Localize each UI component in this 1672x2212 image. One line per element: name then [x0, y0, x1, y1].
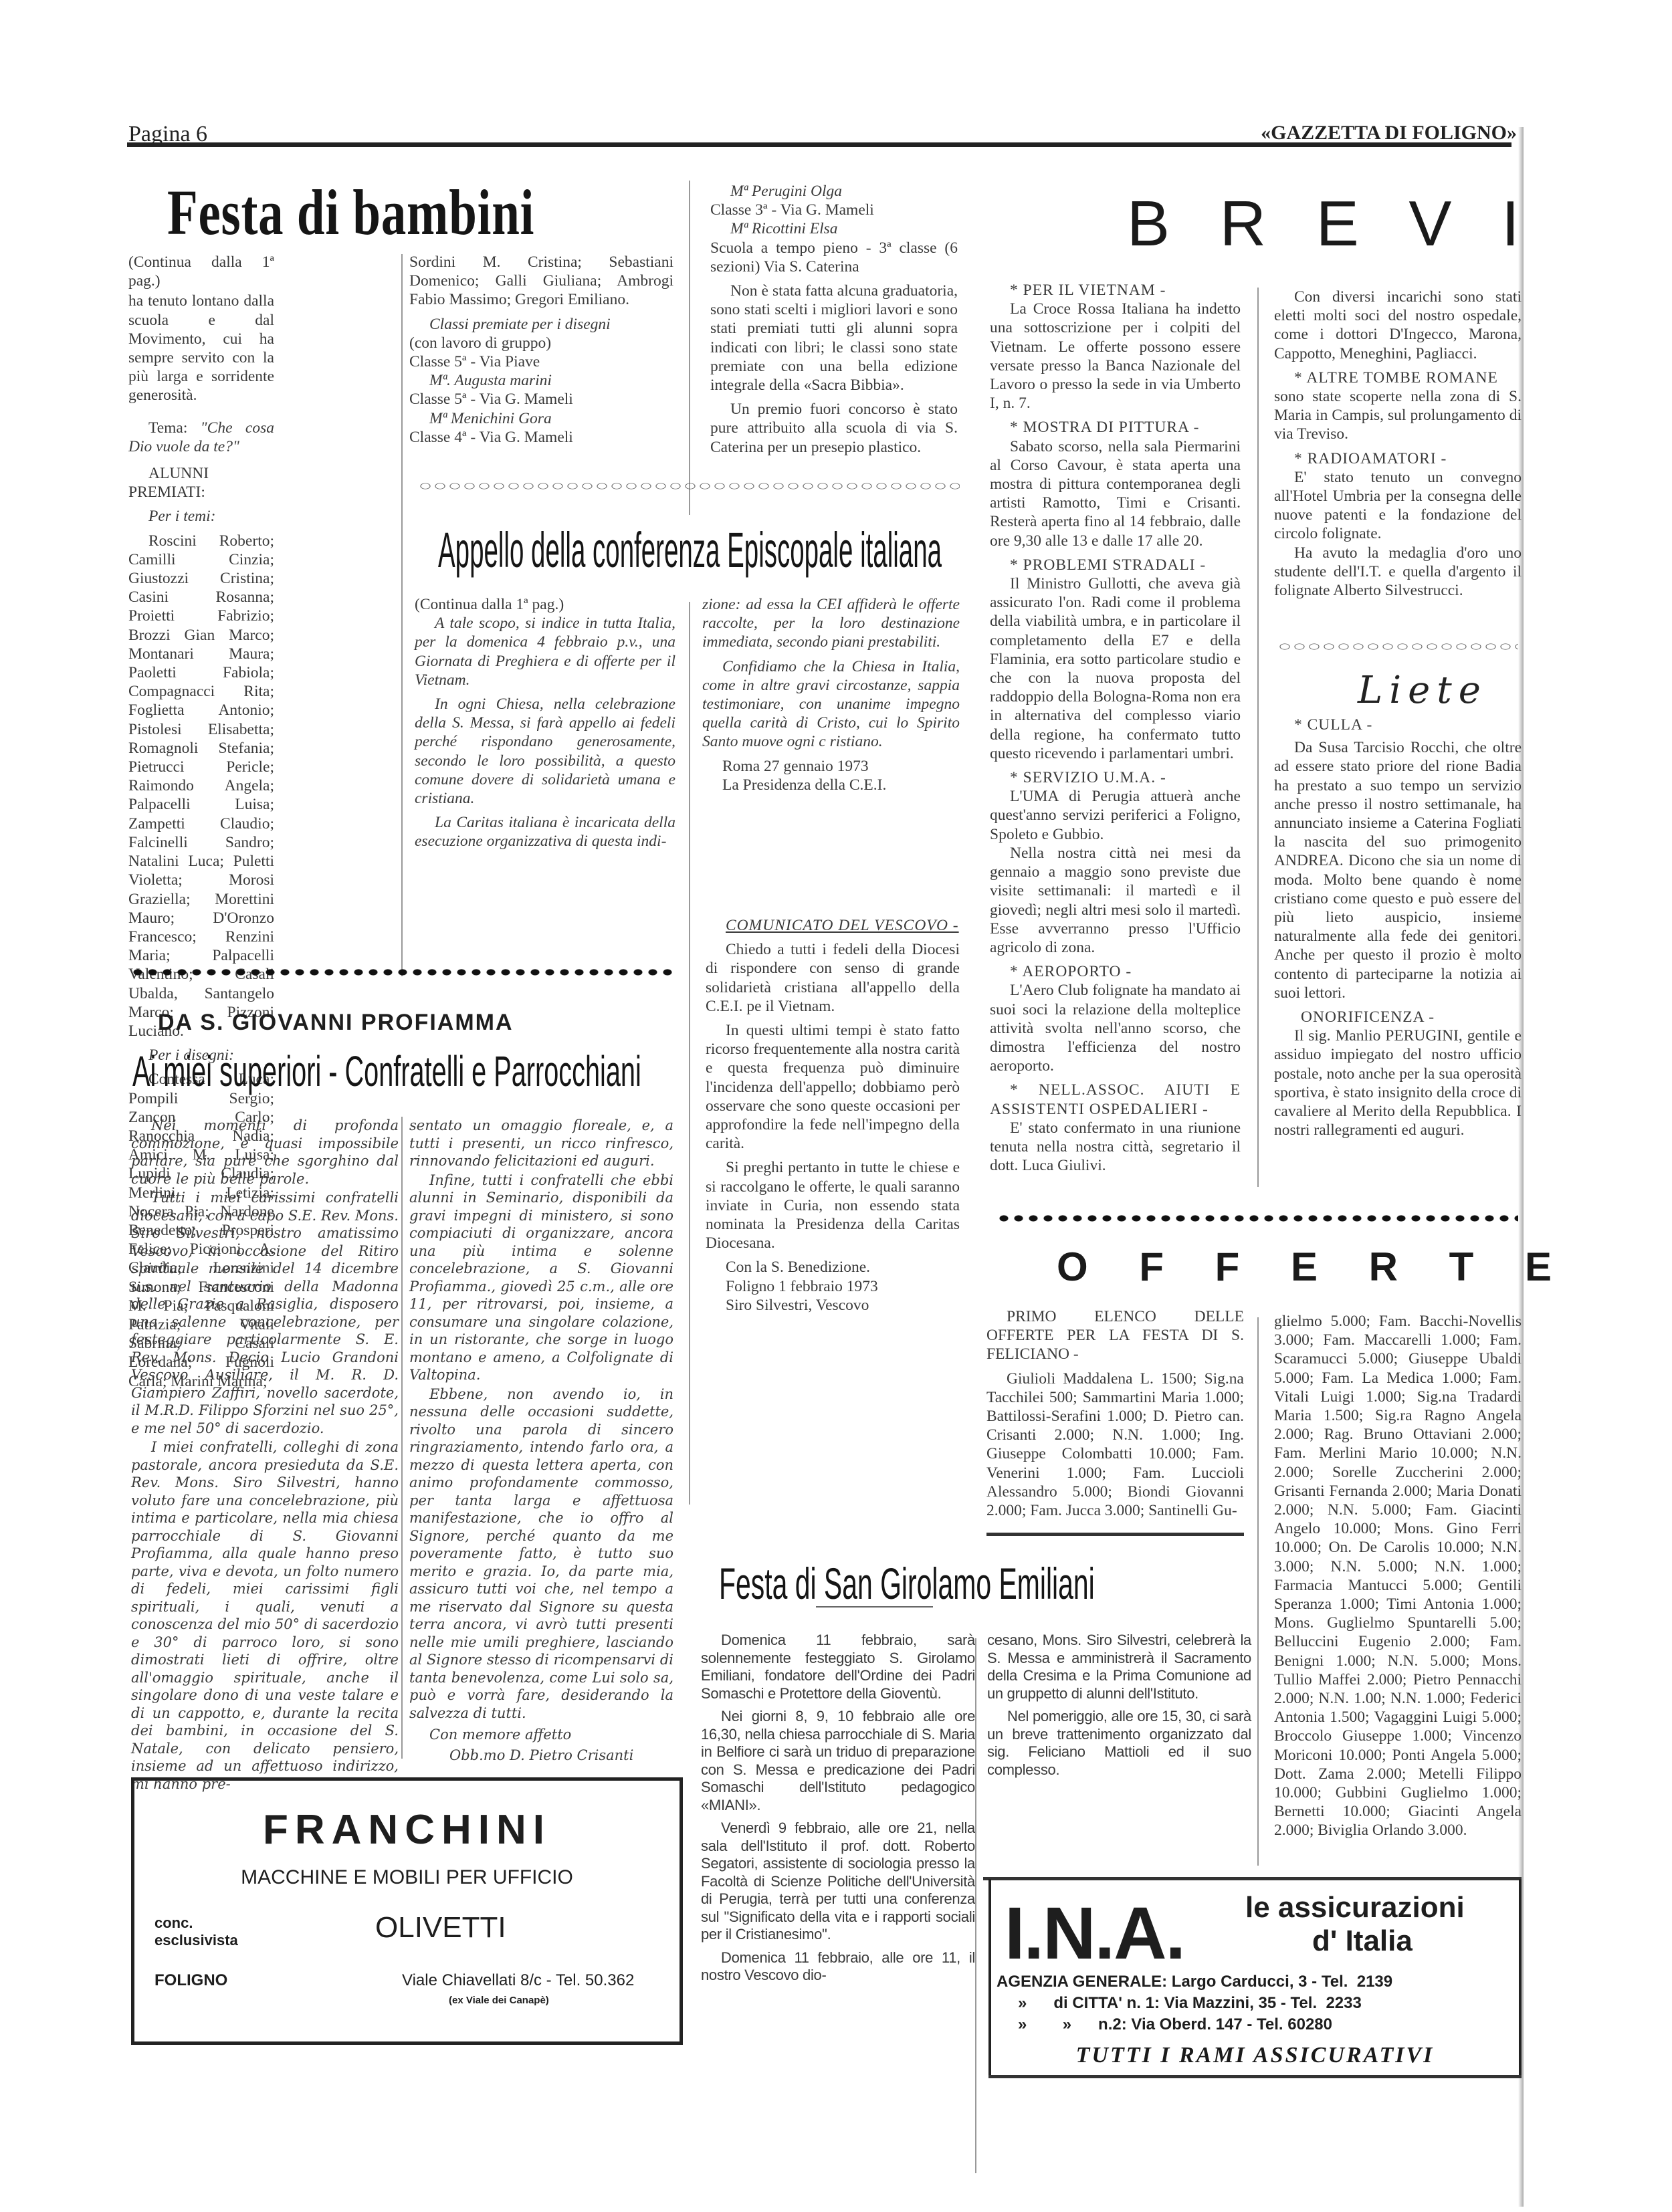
signature: Obb.mo D. Pietro Crisanti	[409, 1747, 673, 1765]
liete-items: * CULLA - Da Susa Tarcisio Rocchi, che o…	[1274, 715, 1522, 1145]
franchini-brand: OLIVETTI	[375, 1911, 506, 1945]
classi-heading: Classi premiate per i disegni	[409, 315, 673, 334]
column-rule	[401, 1117, 403, 1759]
ina-logo: I.N.A.	[1005, 1891, 1184, 1976]
brevi-text: Il Ministro Gullotti, che aveva già assi…	[990, 574, 1241, 763]
liete-text: Il sig. Manlio PERUGINI, gentile e assid…	[1274, 1026, 1522, 1139]
liete-text: Da Susa Tarcisio Rocchi, che oltre ad es…	[1274, 738, 1522, 1002]
signature: La Presidenza della C.E.I.	[702, 776, 960, 794]
ina-line-2: » di CITTA' n. 1: Via Mazzini, 35 - Tel.…	[1018, 1994, 1362, 2013]
class-entry: Classe 4ª - Via G. Mameli	[409, 428, 673, 447]
paragraph: Domenica 11 febbraio, sarà solennemente …	[701, 1632, 975, 1702]
ad-bottom-rule	[988, 2075, 1522, 2078]
section-rule	[986, 1533, 1244, 1536]
paragraph: La Caritas italiana è incaricata della e…	[415, 813, 675, 851]
paragraph: Confidiamo che la Chiesa in Italia, come…	[702, 657, 960, 752]
profiamma-col1: Nei momenti di profonda commozione, è qu…	[131, 1117, 399, 1798]
franchini-address-note: (ex Viale dei Canapè)	[449, 1995, 549, 2006]
chain-divider	[418, 481, 960, 491]
closing: Con la S. Benedizione.	[706, 1258, 960, 1277]
brevi-text: L'Aero Club folignate ha mandato ai suoi…	[990, 981, 1241, 1075]
chain-divider	[1277, 642, 1518, 651]
ina-slogan-2: d' Italia	[1312, 1924, 1413, 1958]
brevi-heading: * AEROPORTO -	[990, 962, 1241, 981]
brevi-heading: * PROBLEMI STRADALI -	[990, 556, 1241, 574]
offerte-list: glielmo 5.000; Fam. Bacchi-Novellis 3.00…	[1274, 1312, 1522, 1840]
teacher-entry: Mª Perugini Olga	[710, 182, 958, 201]
girolamo-col2: cesano, Mons. Siro Silvestri, celebrerà …	[987, 1632, 1251, 1784]
brevi-text: sono state scoperte nella zona di S. Mar…	[1274, 387, 1522, 444]
classi-sub: (con lavoro di gruppo)	[409, 334, 673, 352]
comunicato: COMUNICATO DEL VESCOVO - Chiedo a tutti …	[706, 916, 960, 1320]
ina-slogan-1: le assicurazioni	[1245, 1891, 1465, 1924]
column-rule	[1257, 288, 1259, 1187]
paragraph: Venerdì 9 febbraio, alle ore 21, nella s…	[701, 1819, 975, 1944]
brevi-text: L'UMA di Perugia attuerà anche quest'ann…	[990, 787, 1241, 844]
tema-label: Tema:	[148, 419, 187, 437]
temi-names: Roscini Roberto; Camilli Cinzia; Giustoz…	[128, 532, 274, 1040]
paragraph: Domenica 11 febbraio, alle ore 11, il no…	[701, 1949, 975, 1985]
brevi-text: La Croce Rossa Italiana ha indetto una s…	[990, 300, 1241, 413]
brevi-heading: * RADIOAMATORI -	[1274, 449, 1522, 468]
offerte-col1: PRIMO ELENCO DELLE OFFERTE PER LA FESTA …	[986, 1307, 1244, 1525]
class-entry: Classe 5ª - Via Piave	[409, 352, 673, 371]
offerte-heading: PRIMO ELENCO DELLE OFFERTE PER LA FESTA …	[986, 1307, 1244, 1364]
franchini-city: FOLIGNO	[154, 1971, 227, 1990]
profiamma-col2: sentato un omaggio floreale, e, a tutti …	[409, 1117, 673, 1769]
column-rule	[401, 254, 403, 976]
offerte-list: Giulioli Maddalena L. 1500; Sig.na Tacch…	[986, 1369, 1244, 1521]
festa-bambini-col2: Sordini M. Cristina; Sebastiani Domenico…	[409, 253, 673, 452]
brevi-heading: * ALTRE TOMBE ROMANE	[1274, 368, 1522, 387]
column-rule	[689, 602, 690, 1505]
teacher-entry: Mª Ricottini Elsa	[710, 219, 958, 238]
brevi-heading: * SERVIZIO U.M.A. -	[990, 768, 1241, 787]
continua-note: (Continua dalla 1ª pag.)	[128, 253, 274, 290]
brevi-text: E' stato confermato in una riunione tenu…	[990, 1119, 1241, 1176]
alunni-heading: ALUNNI PREMIATI:	[128, 464, 274, 502]
brevi-text: E' stato tenuto un convegno all'Hotel Um…	[1274, 468, 1522, 544]
offerte-col2: glielmo 5.000; Fam. Bacchi-Novellis 3.00…	[1274, 1312, 1522, 1846]
column-rule	[689, 181, 690, 515]
appello-col1: (Continua dalla 1ª pag.) A tale scopo, s…	[415, 595, 675, 857]
festa-bambini-col3: Mª Perugini Olga Classe 3ª - Via G. Mame…	[710, 182, 958, 462]
brevi-title: B R E V I	[1127, 187, 1536, 261]
brevi-heading: * NELL.ASSOC. AIUTI E ASSISTENTI OSPEDAL…	[990, 1081, 1241, 1118]
paragraph: sentato un omaggio floreale, e, a tutti …	[409, 1117, 673, 1170]
franchini-conc: conc.	[154, 1914, 193, 1932]
franchini-name: FRANCHINI	[134, 1806, 680, 1854]
paragraph: A tale scopo, si indice in tutta Italia,…	[415, 614, 675, 689]
paragraph: zione: ad essa la CEI affiderà le offert…	[702, 595, 960, 652]
girolamo-col1: Domenica 11 febbraio, sarà solennemente …	[701, 1632, 975, 1990]
paragraph: Nei giorni 8, 9, 10 febbraio alle ore 16…	[701, 1708, 975, 1814]
paragraph: Nei momenti di profonda commozione, è qu…	[131, 1117, 399, 1188]
franchini-esclusivista: esclusivista	[154, 1932, 238, 1949]
ina-line-3: » » n.2: Via Oberd. 147 - Tel. 60280	[1018, 2015, 1332, 2034]
continua-note: (Continua dalla 1ª pag.)	[415, 595, 675, 614]
profiamma-kicker: DA S. GIOVANNI PROFIAMMA	[158, 1010, 514, 1036]
franchini-ad: FRANCHINI MACCHINE E MOBILI PER UFFICIO …	[131, 1777, 683, 2045]
closing: Con memore affetto	[409, 1726, 673, 1744]
header-rule	[127, 142, 1511, 147]
offerte-title: O F F E R T E	[1057, 1244, 1572, 1290]
brevi-heading: * PER IL VIETNAM -	[990, 281, 1241, 300]
paragraph: Nel pomeriggio, alle ore 15, 30, ci sarà…	[987, 1708, 1251, 1779]
liete-title: Liete	[1358, 669, 1487, 712]
ina-footer: TUTTI I RAMI ASSICURATIVI	[1005, 2043, 1505, 2068]
dateline: Roma 27 gennaio 1973	[702, 757, 960, 776]
teacher-entry: Mª. Augusta marini	[409, 371, 673, 390]
per-temi-label: Per i temi:	[128, 507, 274, 526]
profiamma-title: Ai miei superiori - Confratelli e Parroc…	[132, 1046, 641, 1096]
column-rule	[975, 1638, 976, 2173]
franchini-tagline: MACCHINE E MOBILI PER UFFICIO	[134, 1866, 680, 1889]
class-entry: Classe 3ª - Via G. Mameli	[710, 201, 958, 219]
intro-text: ha tenuto lontano dalla scuola e dal Mov…	[128, 292, 274, 405]
brevi-text: Con diversi incarichi sono stati eletti …	[1274, 288, 1522, 363]
comunicato-title: COMUNICATO DEL VESCOVO -	[706, 916, 960, 935]
dots-divider	[997, 1214, 1518, 1223]
brevi-col1: * PER IL VIETNAM - La Croce Rossa Italia…	[990, 281, 1241, 1180]
class-entry: Classe 5ª - Via G. Mameli	[409, 390, 673, 409]
franchini-address: Viale Chiavellati 8/c - Tel. 50.362	[402, 1971, 634, 1990]
ina-ad: I.N.A. le assicurazioni d' Italia AGENZI…	[988, 1879, 1522, 2076]
paragraph: Un premio fuori concorso è stato pure at…	[710, 400, 958, 457]
school-entry: Scuola a tempo pieno - 3ª classe (6 sezi…	[710, 239, 958, 276]
brevi-text: Ha avuto la medaglia d'oro uno studente …	[1274, 544, 1522, 600]
brevi-heading: * MOSTRA DI PITTURA -	[990, 418, 1241, 437]
signature: Siro Silvestri, Vescovo	[706, 1296, 960, 1315]
appello-col2: zione: ad essa la CEI affiderà le offert…	[702, 595, 960, 800]
dots-divider	[130, 968, 672, 977]
column-rule	[1257, 1317, 1259, 1866]
brevi-col2: Con diversi incarichi sono stati eletti …	[1274, 288, 1522, 605]
paragraph: Si preghi pertanto in tutte le chiese e …	[706, 1158, 960, 1252]
paragraph: Tutti i miei carissimi confratelli dioce…	[131, 1189, 399, 1437]
ina-line-1: AGENZIA GENERALE: Largo Carducci, 3 - Te…	[997, 1973, 1392, 1991]
teacher-entry: Mª Menichini Gora	[409, 409, 673, 428]
place-date: Foligno 1 febbraio 1973	[706, 1277, 960, 1296]
liete-heading: ONORIFICENZA -	[1274, 1008, 1522, 1026]
paragraph: Infine, tutti i confratelli che ebbi alu…	[409, 1172, 673, 1384]
brevi-text: Nella nostra città nei mesi da gennaio a…	[990, 844, 1241, 957]
brevi-text: Sabato scorso, nella sala Piermarini al …	[990, 437, 1241, 550]
paragraph: Ebbene, non avendo io, in nessuna delle …	[409, 1386, 673, 1723]
masthead: «GAZZETTA DI FOLIGNO»	[1261, 122, 1517, 144]
names-continued: Sordini M. Cristina; Sebastiani Domenico…	[409, 253, 673, 310]
liete-heading: * CULLA -	[1274, 715, 1522, 734]
girolamo-title: Festa di San Girolamo Emiliani	[719, 1558, 1095, 1609]
paragraph: In ogni Chiesa, nella celebrazione della…	[415, 695, 675, 808]
paragraph: Chiedo a tutti i fedeli della Diocesi di…	[706, 940, 960, 1016]
festa-bambini-title: Festa di bambini	[167, 175, 534, 249]
paragraph: Non è stata fatta alcuna graduatoria, so…	[710, 282, 958, 395]
appello-title: Appello della conferenza Episcopale ital…	[438, 522, 942, 578]
title-underline	[816, 1606, 933, 1608]
paragraph: In questi ultimi tempi è stato fatto ric…	[706, 1021, 960, 1153]
paragraph: I miei confratelli, colleghi di zona pas…	[131, 1438, 399, 1793]
paragraph: cesano, Mons. Siro Silvestri, celebrerà …	[987, 1632, 1251, 1702]
